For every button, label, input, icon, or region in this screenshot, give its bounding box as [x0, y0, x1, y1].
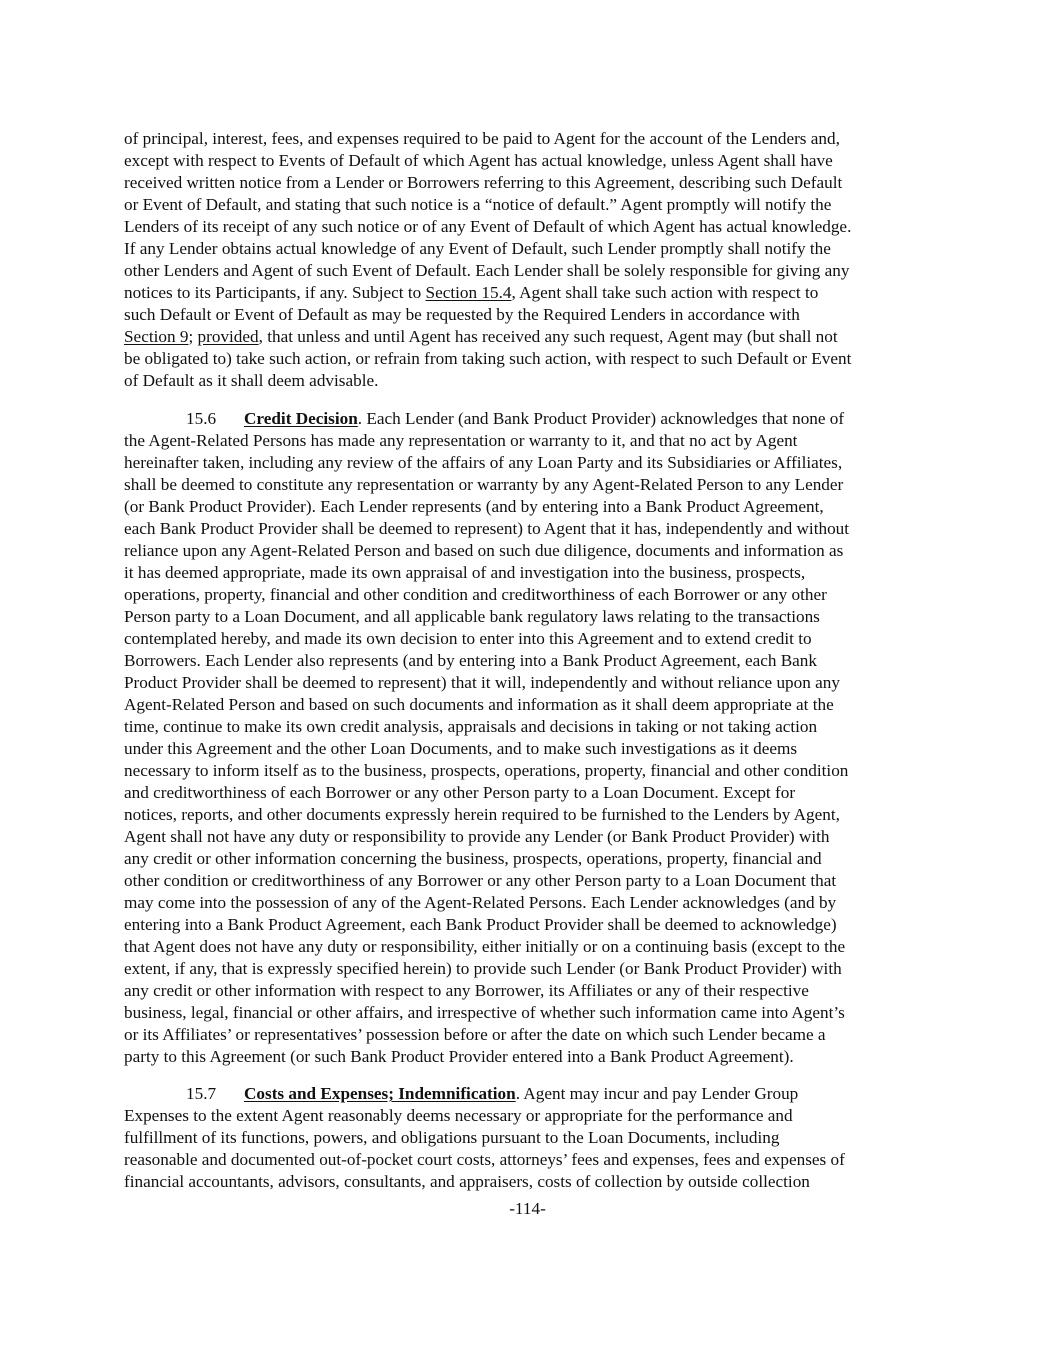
text: . Each Lender (and Bank Product Provider…	[358, 409, 844, 428]
text-line: received written notice from a Lender or…	[124, 172, 842, 194]
text-line: contemplated hereby, and made its own de…	[124, 628, 812, 650]
section-reference-9: Section 9	[124, 327, 188, 346]
section-number: 15.7	[186, 1083, 244, 1105]
text-line: notices to its Participants, if any. Sub…	[124, 282, 818, 304]
text-line: Borrowers. Each Lender also represents (…	[124, 650, 817, 672]
page-number: -114-	[0, 1198, 1055, 1220]
text-line: such Default or Event of Default as may …	[124, 304, 800, 326]
text-line: it has deemed appropriate, made its own …	[124, 562, 805, 584]
text-line: except with respect to Events of Default…	[124, 150, 833, 172]
text-line: of principal, interest, fees, and expens…	[124, 128, 840, 150]
text-line: Agent-Related Person and based on such d…	[124, 694, 834, 716]
section-heading: Credit Decision	[244, 409, 358, 428]
document-page: of principal, interest, fees, and expens…	[0, 0, 1055, 1365]
text-line: be obligated to) take such action, or re…	[124, 348, 851, 370]
text-line: other Lenders and Agent of such Event of…	[124, 260, 849, 282]
text: , Agent shall take such action with resp…	[511, 283, 818, 302]
section-heading-line: 15.6Credit Decision. Each Lender (and Ba…	[124, 408, 844, 430]
text-line: Agent shall not have any duty or respons…	[124, 826, 830, 848]
section-heading: Costs and Expenses; Indemnification	[244, 1084, 516, 1103]
text-line: the Agent-Related Persons has made any r…	[124, 430, 797, 452]
text-line: and creditworthiness of each Borrower or…	[124, 782, 795, 804]
text-line: Lenders of its receipt of any such notic…	[124, 216, 851, 238]
text-line: necessary to inform itself as to the bus…	[124, 760, 848, 782]
text: , that unless and until Agent has receiv…	[259, 327, 838, 346]
proviso-term: provided	[198, 327, 259, 346]
text-line: If any Lender obtains actual knowledge o…	[124, 238, 831, 260]
text-line: or its Affiliates’ or representatives’ p…	[124, 1024, 826, 1046]
text-line: entering into a Bank Product Agreement, …	[124, 914, 837, 936]
text: . Agent may incur and pay Lender Group	[516, 1084, 799, 1103]
section-number: 15.6	[186, 408, 244, 430]
text-line: Product Provider shall be deemed to repr…	[124, 672, 840, 694]
text-line: any credit or other information with res…	[124, 980, 809, 1002]
text-line: reasonable and documented out-of-pocket …	[124, 1149, 845, 1171]
section-heading-line: 15.7Costs and Expenses; Indemnification.…	[124, 1083, 798, 1105]
text-line: financial accountants, advisors, consult…	[124, 1171, 810, 1193]
text-line: business, legal, financial or other affa…	[124, 1002, 845, 1024]
text-line: hereinafter taken, including any review …	[124, 452, 842, 474]
text-line: party to this Agreement (or such Bank Pr…	[124, 1046, 794, 1068]
text-line: Expenses to the extent Agent reasonably …	[124, 1105, 793, 1127]
text: ;	[188, 327, 197, 346]
text-line: Person party to a Loan Document, and all…	[124, 606, 820, 628]
text-line: under this Agreement and the other Loan …	[124, 738, 797, 760]
text-line: of Default as it shall deem advisable.	[124, 370, 378, 392]
text-line: fulfillment of its functions, powers, an…	[124, 1127, 779, 1149]
text-line: (or Bank Product Provider). Each Lender …	[124, 496, 824, 518]
text-line: or Event of Default, and stating that su…	[124, 194, 831, 216]
text-line: operations, property, financial and othe…	[124, 584, 827, 606]
section-reference-15-4: Section 15.4	[426, 283, 512, 302]
text-line: other condition or creditworthiness of a…	[124, 870, 836, 892]
text-line: notices, reports, and other documents ex…	[124, 804, 840, 826]
text-line: any credit or other information concerni…	[124, 848, 822, 870]
text-line: may come into the possession of any of t…	[124, 892, 836, 914]
text-line: time, continue to make its own credit an…	[124, 716, 817, 738]
text-line: extent, if any, that is expressly specif…	[124, 958, 842, 980]
text-line: Section 9; provided, that unless and unt…	[124, 326, 838, 348]
text-line: reliance upon any Agent-Related Person a…	[124, 540, 843, 562]
text-line: shall be deemed to constitute any repres…	[124, 474, 843, 496]
text: notices to its Participants, if any. Sub…	[124, 283, 426, 302]
text-line: that Agent does not have any duty or res…	[124, 936, 845, 958]
text-line: each Bank Product Provider shall be deem…	[124, 518, 849, 540]
